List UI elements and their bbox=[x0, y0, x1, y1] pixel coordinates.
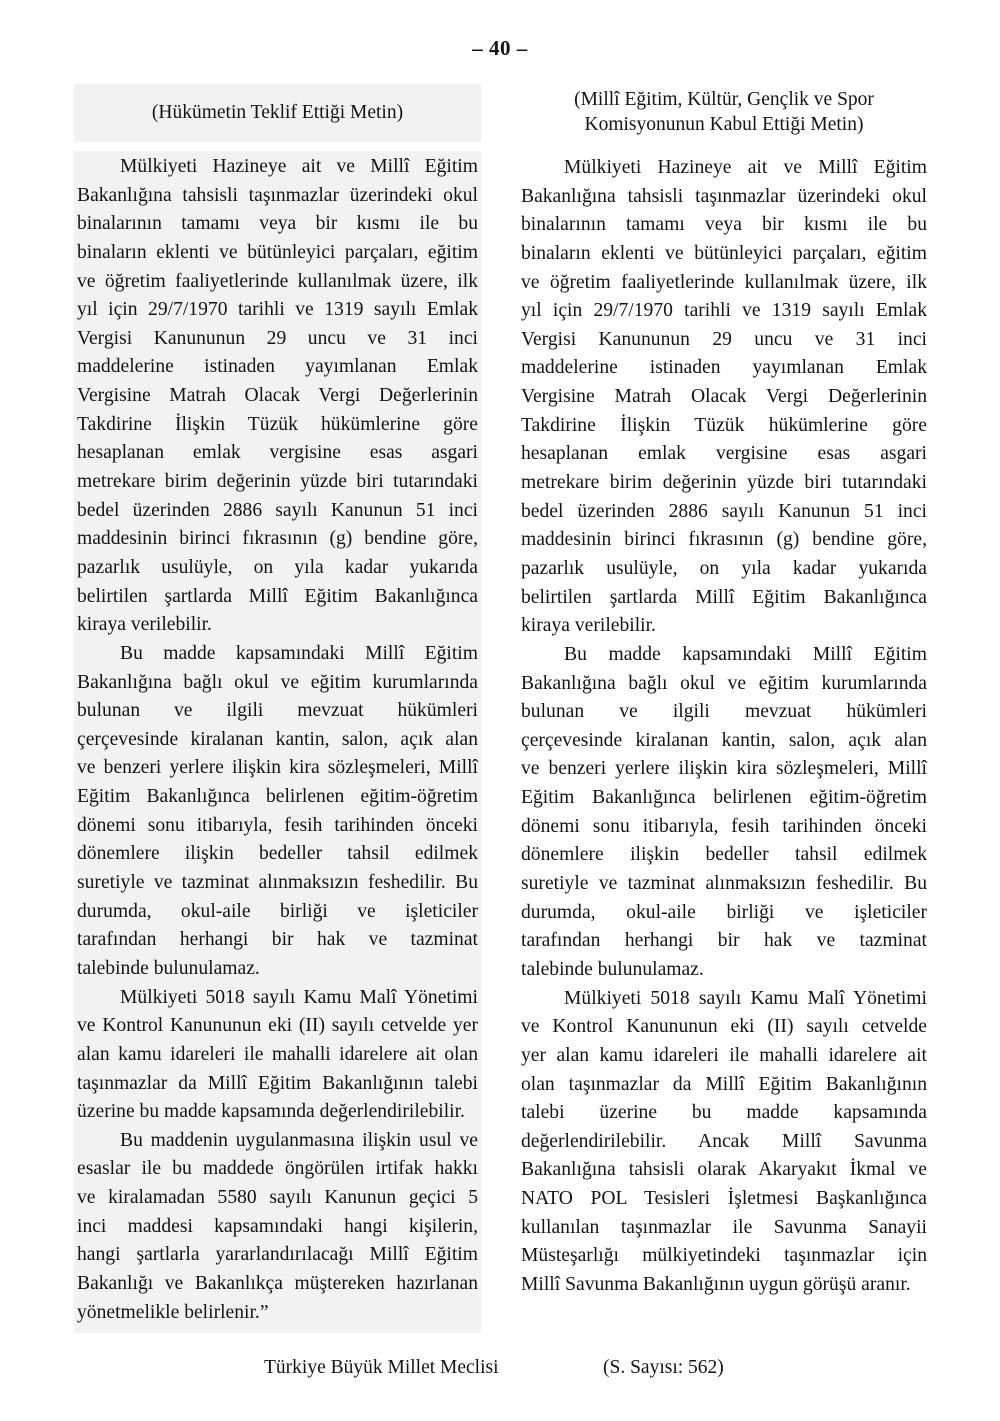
text-line: belirtilen şartlarda Millî Eğitim Bakanl… bbox=[77, 583, 478, 612]
text-line: üzerine bu madde kapsamında değerlendiri… bbox=[77, 1098, 478, 1127]
text-line: Müsteşarlığı mülkiyetindeki taşınmazlar … bbox=[521, 1242, 927, 1271]
text-line: ve Kontrol Kanununun eki (II) sayılı cet… bbox=[77, 1012, 478, 1041]
page-number: – 40 – bbox=[0, 36, 1000, 61]
footer-institution: Türkiye Büyük Millet Meclisi bbox=[264, 1357, 499, 1379]
text-line: NATO POL Tesisleri İşletmesi Başkanlığın… bbox=[521, 1185, 927, 1214]
text-line: Bu maddenin uygulanmasına ilişkin usul v… bbox=[77, 1127, 478, 1156]
text-line: Bakanlığına bağlı okul ve eğitim kurumla… bbox=[521, 670, 927, 699]
text-line: bulunan ve ilgili mevzuat hükümleri bbox=[521, 698, 927, 727]
text-line: binaların eklenti ve bütünleyici parçala… bbox=[521, 240, 927, 269]
text-line: dönemlere ilişkin bedeller tahsil edilme… bbox=[521, 841, 927, 870]
text-line: Vergisi Kanununun 29 uncu ve 31 inci bbox=[77, 325, 478, 354]
text-line: Vergisi Kanununun 29 uncu ve 31 inci bbox=[521, 326, 927, 355]
text-line: Bakanlığı ve Bakanlıkça müştereken hazır… bbox=[77, 1270, 478, 1299]
text-line: Mülkiyeti Hazineye ait ve Millî Eğitim bbox=[521, 154, 927, 183]
text-line: Millî Savunma Bakanlığının uygun görüşü … bbox=[521, 1271, 927, 1300]
text-line: alan kamu idareleri ile mahalli idareler… bbox=[77, 1041, 478, 1070]
text-line: hesaplanan emlak vergisine esas asgari bbox=[521, 440, 927, 469]
paragraph: Mülkiyeti Hazineye ait ve Millî EğitimBa… bbox=[77, 153, 478, 640]
text-line: maddesinin birinci fıkrasının (g) bendin… bbox=[77, 525, 478, 554]
text-line: ve benzeri yerlere ilişkin kira sözleşme… bbox=[521, 755, 927, 784]
text-line: pazarlık usulüyle, on yıla kadar yukarıd… bbox=[77, 554, 478, 583]
commission-header-line: (Millî Eğitim, Kültür, Gençlik ve Spor bbox=[519, 87, 929, 112]
text-line: talebinde bulunulamaz. bbox=[77, 955, 478, 984]
text-line: binalarının tamamı veya bir kısmı ile bu bbox=[521, 211, 927, 240]
text-line: ve öğretim faaliyetlerinde kullanılmak ü… bbox=[77, 268, 478, 297]
text-line: dönemi sonu itibarıyla, fesih tarihinden… bbox=[77, 812, 478, 841]
text-line: kiraya verilebilir. bbox=[77, 611, 478, 640]
text-line: metrekare birim değerinin yüzde biri tut… bbox=[521, 469, 927, 498]
text-line: yer alan kamu idareleri ile mahalli idar… bbox=[521, 1042, 927, 1071]
text-line: Bu madde kapsamındaki Millî Eğitim bbox=[77, 640, 478, 669]
text-line: çerçevesinde kiralanan kantin, salon, aç… bbox=[521, 727, 927, 756]
text-line: maddesinin birinci fıkrasının (g) bendin… bbox=[521, 526, 927, 555]
text-line: Mülkiyeti 5018 sayılı Kamu Malî Yönetimi bbox=[521, 985, 927, 1014]
text-line: tarafından herhangi bir hak ve tazminat bbox=[521, 927, 927, 956]
text-line: Bakanlığına tahsisli taşınmazlar üzerind… bbox=[77, 182, 478, 211]
text-line: talebinde bulunulamaz. bbox=[521, 956, 927, 985]
text-line: durumda, okul-aile birliği ve işleticile… bbox=[77, 898, 478, 927]
text-line: Bu madde kapsamındaki Millî Eğitim bbox=[521, 641, 927, 670]
text-line: inci maddesi kapsamındaki hangi kişileri… bbox=[77, 1213, 478, 1242]
paragraph: Mülkiyeti Hazineye ait ve Millî EğitimBa… bbox=[521, 154, 927, 641]
text-line: Bakanlığına tahsisli taşınmazlar üzerind… bbox=[521, 183, 927, 212]
text-line: kullanılan taşınmazlar ile Savunma Sanay… bbox=[521, 1214, 927, 1243]
text-line: yönetmelikle belirlenir.” bbox=[77, 1299, 478, 1328]
text-line: dönemi sonu itibarıyla, fesih tarihinden… bbox=[521, 813, 927, 842]
text-line: ve öğretim faaliyetlerinde kullanılmak ü… bbox=[521, 269, 927, 298]
text-line: ve Kontrol Kanununun eki (II) sayılı cet… bbox=[521, 1013, 927, 1042]
text-line: Eğitim Bakanlığınca belirlenen eğitim-öğ… bbox=[521, 784, 927, 813]
text-line: Mülkiyeti Hazineye ait ve Millî Eğitim bbox=[77, 153, 478, 182]
footer-issue-number: (S. Sayısı: 562) bbox=[603, 1357, 724, 1379]
text-line: hangi şartlarla yararlandırılacağı Millî… bbox=[77, 1241, 478, 1270]
text-line: tarafından herhangi bir hak ve tazminat bbox=[77, 926, 478, 955]
text-line: Mülkiyeti 5018 sayılı Kamu Malî Yönetimi bbox=[77, 984, 478, 1013]
text-line: olan taşınmazlar da Millî Eğitim Bakanlı… bbox=[521, 1071, 927, 1100]
text-line: Vergisine Matrah Olacak Vergi Değerlerin… bbox=[77, 382, 478, 411]
commission-text-column: (Millî Eğitim, Kültür, Gençlik ve Spor K… bbox=[519, 84, 929, 1306]
commission-text-body: Mülkiyeti Hazineye ait ve Millî EğitimBa… bbox=[519, 152, 929, 1306]
text-line: Bakanlığına tahsisli olarak Akaryakıt İk… bbox=[521, 1156, 927, 1185]
text-line: ve kiralamadan 5580 sayılı Kanunun geçic… bbox=[77, 1184, 478, 1213]
text-line: binalarının tamamı veya bir kısmı ile bu bbox=[77, 210, 478, 239]
text-line: metrekare birim değerinin yüzde biri tut… bbox=[77, 468, 478, 497]
text-line: hesaplanan emlak vergisine esas asgari bbox=[77, 439, 478, 468]
text-line: Takdirine İlişkin Tüzük hükümlerine göre bbox=[521, 412, 927, 441]
text-line: suretiyle ve tazminat alınmaksızın feshe… bbox=[77, 869, 478, 898]
text-line: talebi üzerine bu madde kapsamında bbox=[521, 1099, 927, 1128]
paragraph: Bu madde kapsamındaki Millî EğitimBakanl… bbox=[77, 640, 478, 984]
paragraph: Bu maddenin uygulanmasına ilişkin usul v… bbox=[77, 1127, 478, 1327]
text-line: Bakanlığına bağlı okul ve eğitim kurumla… bbox=[77, 669, 478, 698]
text-line: pazarlık usulüyle, on yıla kadar yukarıd… bbox=[521, 555, 927, 584]
text-line: bedel üzerinden 2886 sayılı Kanunun 51 i… bbox=[521, 498, 927, 527]
commission-text-header: (Millî Eğitim, Kültür, Gençlik ve Spor K… bbox=[519, 84, 929, 147]
text-line: Takdirine İlişkin Tüzük hükümlerine göre bbox=[77, 411, 478, 440]
government-proposal-column: (Hükümetin Teklif Ettiği Metin) Mülkiyet… bbox=[74, 84, 481, 1333]
text-line: binaların eklenti ve bütünleyici parçala… bbox=[77, 239, 478, 268]
text-line: yıl için 29/7/1970 tarihli ve 1319 sayıl… bbox=[521, 297, 927, 326]
commission-header-line: Komisyonunun Kabul Ettiği Metin) bbox=[519, 112, 929, 137]
text-line: Eğitim Bakanlığınca belirlenen eğitim-öğ… bbox=[77, 783, 478, 812]
text-line: suretiyle ve tazminat alınmaksızın feshe… bbox=[521, 870, 927, 899]
text-line: maddelerine istinaden yayımlanan Emlak bbox=[77, 353, 478, 382]
text-line: durumda, okul-aile birliği ve işleticile… bbox=[521, 899, 927, 928]
text-line: ve benzeri yerlere ilişkin kira sözleşme… bbox=[77, 754, 478, 783]
text-line: belirtilen şartlarda Millî Eğitim Bakanl… bbox=[521, 584, 927, 613]
paragraph: Bu madde kapsamındaki Millî EğitimBakanl… bbox=[521, 641, 927, 985]
paragraph: Mülkiyeti 5018 sayılı Kamu Malî Yönetimi… bbox=[521, 985, 927, 1300]
text-line: kiraya verilebilir. bbox=[521, 612, 927, 641]
text-line: bulunan ve ilgili mevzuat hükümleri bbox=[77, 697, 478, 726]
government-proposal-header: (Hükümetin Teklif Ettiği Metin) bbox=[74, 84, 481, 142]
text-line: çerçevesinde kiralanan kantin, salon, aç… bbox=[77, 726, 478, 755]
paragraph: Mülkiyeti 5018 sayılı Kamu Malî Yönetimi… bbox=[77, 984, 478, 1127]
text-line: Vergisine Matrah Olacak Vergi Değerlerin… bbox=[521, 383, 927, 412]
text-line: yıl için 29/7/1970 tarihli ve 1319 sayıl… bbox=[77, 296, 478, 325]
text-line: maddelerine istinaden yayımlanan Emlak bbox=[521, 354, 927, 383]
text-line: esaslar ile bu maddede öngörülen irtifak… bbox=[77, 1155, 478, 1184]
text-line: değerlendirilebilir. Ancak Millî Savunma bbox=[521, 1128, 927, 1157]
text-line: bedel üzerinden 2886 sayılı Kanunun 51 i… bbox=[77, 497, 478, 526]
government-proposal-body: Mülkiyeti Hazineye ait ve Millî EğitimBa… bbox=[74, 151, 481, 1333]
text-line: dönemlere ilişkin bedeller tahsil edilme… bbox=[77, 840, 478, 869]
text-line: taşınmazlar da Millî Eğitim Bakanlığının… bbox=[77, 1070, 478, 1099]
